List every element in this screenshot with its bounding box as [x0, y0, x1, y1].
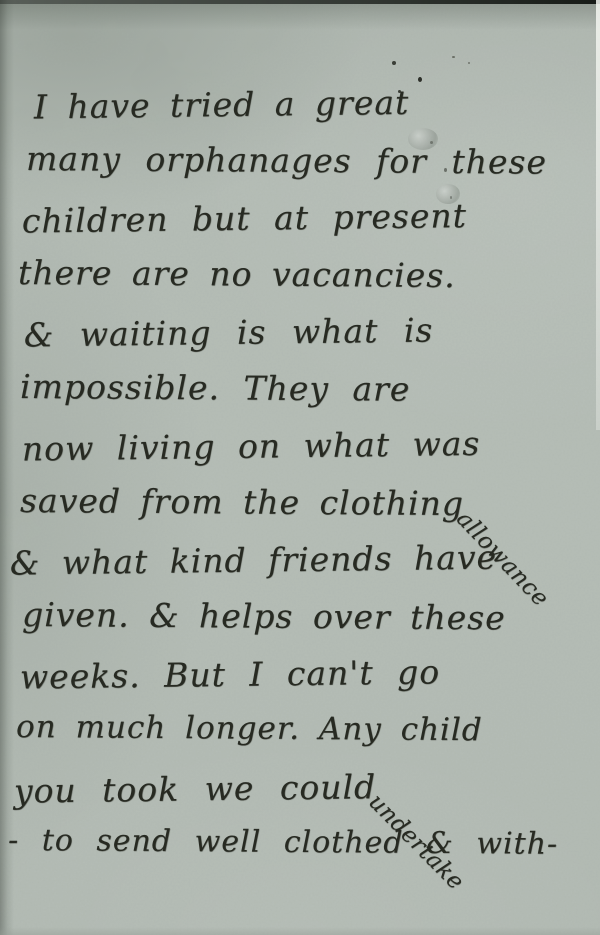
letter-line-text: children but at present — [22, 196, 467, 240]
letter-line: you took we couldundertake — [14, 764, 600, 828]
letter-line-text: I have tried a great — [34, 83, 410, 127]
letter-line: now living on what was — [22, 422, 600, 486]
letter-line-text: weeks. But I can't go — [20, 652, 441, 696]
letter-line: on much longer. Any child — [16, 709, 600, 770]
letter-line: - to send well clothed & with- — [8, 823, 600, 884]
letter-text: I have tried a greatmany orphanages for … — [26, 84, 600, 882]
letter-line-text: & waiting is what is — [24, 311, 434, 355]
letter-line-text: you took we could — [14, 767, 377, 810]
letter-line: & waiting is what is — [24, 308, 600, 372]
letter-line-text: impossible. They are — [20, 367, 411, 409]
letter-line: weeks. But I can't go — [20, 650, 600, 714]
letter-line-text: given. & helps over these — [22, 595, 506, 637]
scan-edge-top-shade — [0, 4, 600, 30]
letter-line: impossible. They are — [20, 367, 600, 428]
letter-line-text: saved from the clothing — [20, 481, 464, 523]
letter-line-text: now living on what was — [22, 424, 481, 469]
letter-line: I have tried a great — [34, 81, 600, 145]
letter-line: many orphanages for these — [26, 139, 600, 200]
letter-line: children but at present — [22, 194, 600, 258]
letter-line-text: on much longer. Any child — [16, 709, 483, 748]
letter-line: & what kind friends have — [10, 536, 600, 600]
letter-line-text: - to send well clothed & with- — [8, 823, 558, 862]
letter-line-text: & what kind friends have — [10, 538, 498, 583]
paper-speck — [468, 62, 470, 64]
letter-line: saved from the clothingallowance — [20, 481, 600, 542]
paper-pinhole — [392, 61, 396, 65]
letter-page: I have tried a greatmany orphanages for … — [0, 0, 600, 935]
paper-speck — [452, 56, 455, 58]
scan-edge-left-shadow — [0, 0, 14, 935]
scan-edge-bottom — [0, 927, 600, 935]
paper-pinhole — [418, 77, 422, 82]
letter-line-text: there are no vacancies. — [18, 253, 456, 295]
letter-line: there are no vacancies. — [18, 253, 600, 314]
letter-line-text: many orphanages for these — [26, 139, 547, 182]
letter-line: given. & helps over these — [22, 595, 600, 656]
